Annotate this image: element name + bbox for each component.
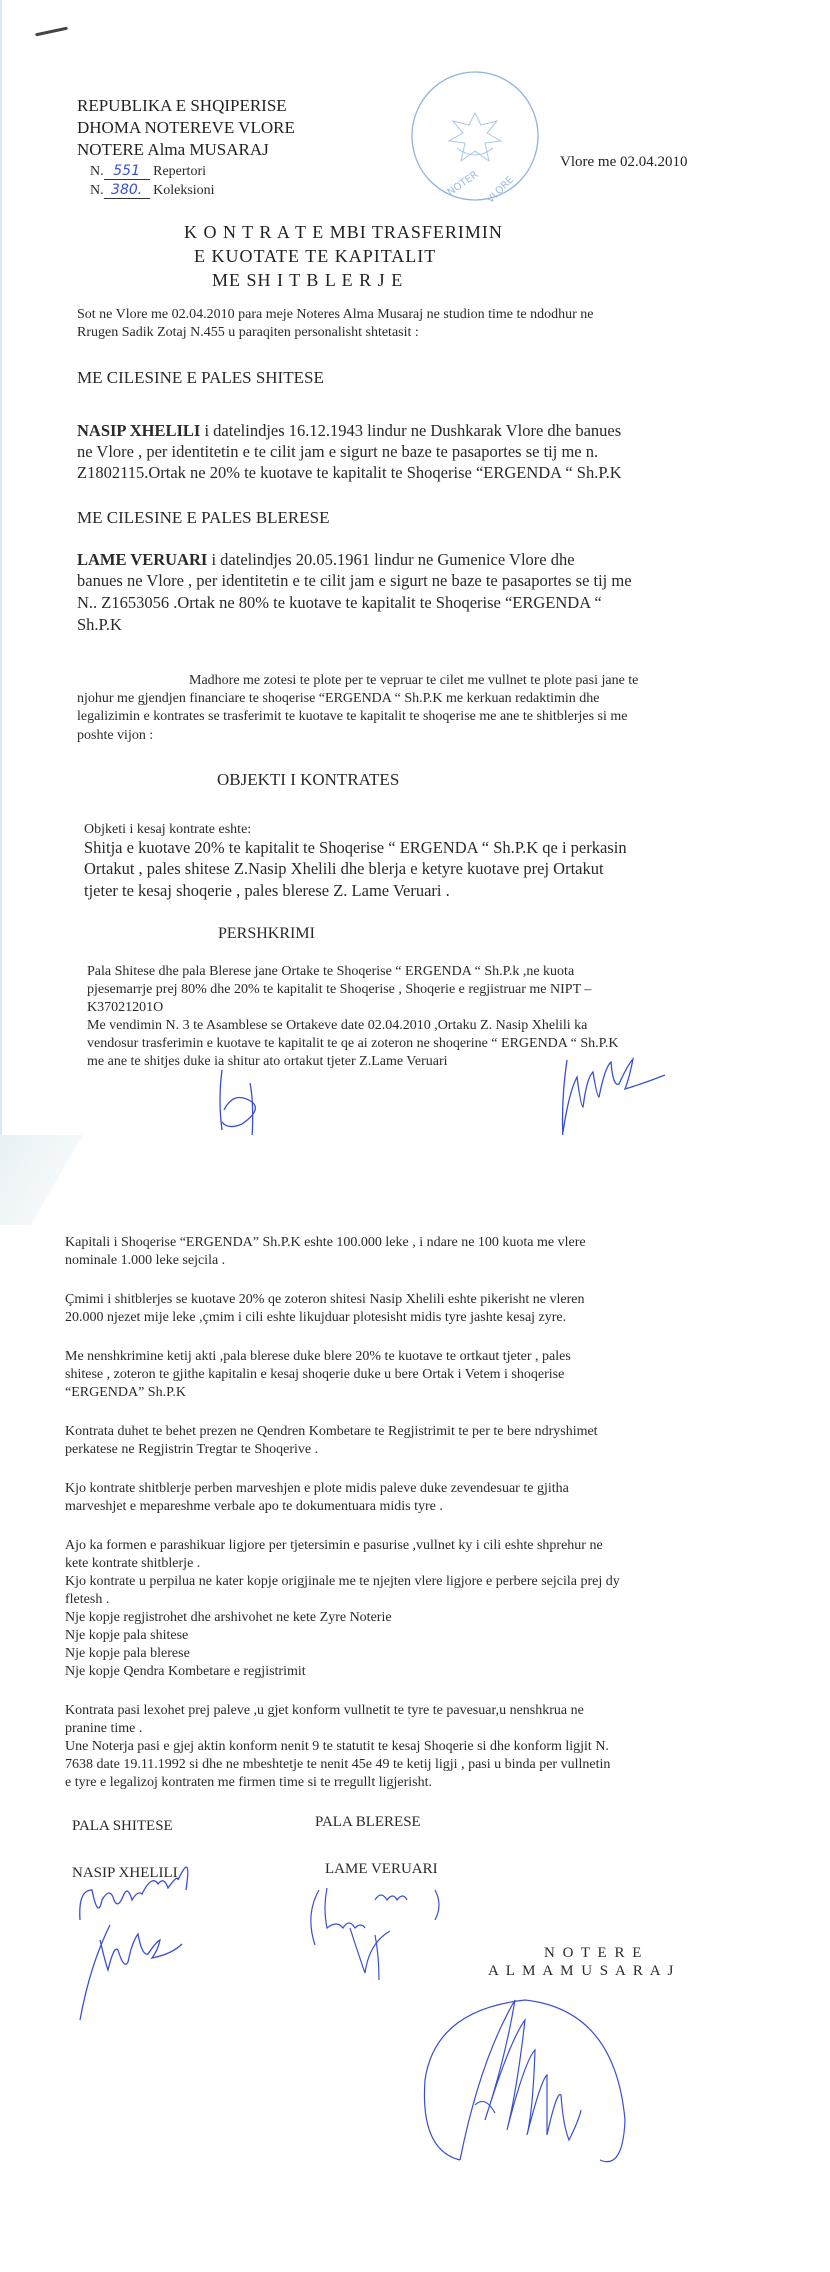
title-line-1: K O N T R A T E MBI TRASFERIMIN	[184, 222, 503, 243]
cmimi-line-2: 20.000 njezet mije leke ,çmim i cili esh…	[65, 1308, 566, 1327]
ajo-line-1: Ajo ka formen e parashikuar ligjore per …	[65, 1536, 603, 1555]
nenshkrimi-line-3: “ERGENDA” Sh.P.K	[65, 1383, 186, 1402]
intro-line-1: Sot ne Vlore me 02.04.2010 para meje Not…	[77, 305, 593, 324]
seller-signature-icon	[70, 1880, 220, 2025]
koleksioni-line: N.380. Koleksioni	[90, 182, 215, 199]
buyer-initials-icon	[557, 1050, 697, 1135]
copy-list-item: Nje kopje Qendra Kombetare e regjistrimi…	[65, 1662, 306, 1681]
pen-mark	[35, 27, 68, 37]
ajo-line-3: Kjo kontrate u perpilua ne kater kopje o…	[65, 1572, 620, 1591]
pershkrimi-line-5: vendosur trasferimin e kuotave te kapita…	[87, 1034, 618, 1053]
page-fold	[0, 1135, 130, 1225]
repertori-label: Repertori	[153, 164, 206, 179]
koleksioni-number: 380.	[104, 182, 150, 199]
madhore-line-1: Madhore me zotesi te plote per te veprua…	[189, 671, 638, 690]
lexohet-line-1: Kontrata pasi lexohet prej paleve ,u gje…	[65, 1701, 584, 1720]
objekti-line-3: tjeter te kesaj shoqerie , pales blerese…	[84, 880, 450, 902]
pershkrimi-line-2: pjesemarrje prej 80% dhe 20% te kapitali…	[87, 980, 591, 999]
buyer-sign-label: PALA BLERESE	[315, 1814, 421, 1831]
copy-list-item: Nje kopje pala blerese	[65, 1644, 190, 1663]
madhore-line-2: njohur me gjendjen financiare te shoqeri…	[77, 689, 600, 708]
notary-title: N O T E R E	[544, 1945, 643, 1962]
header-chamber: DHOMA NOTEREVE VLORE	[77, 117, 295, 139]
seller-heading: ME CILESINE E PALES SHITESE	[77, 368, 324, 388]
contract-page-1: REPUBLIKA E SHQIPERISE DHOMA NOTEREVE VL…	[0, 0, 830, 1135]
contract-page-2: Kapitali i Shoqerise “ERGENDA” Sh.P.K es…	[0, 1135, 830, 2272]
objekti-heading: OBJEKTI I KONTRATES	[217, 770, 399, 790]
pershkrimi-line-4: Me vendimin N. 3 te Asamblese se Ortakev…	[87, 1016, 587, 1035]
buyer-sign-name: LAME VERUARI	[325, 1861, 438, 1878]
buyer-line-4: Sh.P.K	[77, 614, 122, 636]
svg-text:VLORE: VLORE	[485, 174, 516, 205]
pershkrimi-line-1: Pala Shitese dhe pala Blerese jane Ortak…	[87, 962, 574, 981]
seller-initials-icon	[202, 1065, 292, 1145]
pershkrimi-line-3: K37021201O	[87, 998, 163, 1017]
buyer-line-2: banues ne Vlore , per identitetin e te c…	[77, 570, 632, 592]
nenshkrimi-line-2: shitese , zoteron te gjithe kapitalin e …	[65, 1365, 564, 1384]
objekti-line-1: Shitja e kuotave 20% te kapitalit te Sho…	[84, 837, 627, 859]
objekti-line-2: Ortakut , pales shitese Z.Nasip Xhelili …	[84, 858, 604, 880]
buyer-line-1-text: i datelindjes 20.05.1961 lindur ne Gumen…	[207, 550, 574, 569]
buyer-line-3: N.. Z1653056 .Ortak ne 80% te kuotave te…	[77, 592, 602, 614]
koleksioni-prefix: N.	[90, 183, 104, 198]
kontrata-line-1: Kontrata duhet te behet prezen ne Qendre…	[65, 1422, 598, 1441]
seller-line-3: Z1802115.Ortak ne 20% te kuotave te kapi…	[77, 462, 622, 484]
repertori-number: 551	[104, 163, 150, 180]
header-republic: REPUBLIKA E SHQIPERISE	[77, 95, 287, 117]
copy-list-item: Nje kopje pala shitese	[65, 1626, 188, 1645]
ajo-line-2: kete kontrate shitblerje .	[65, 1554, 200, 1573]
buyer-line-1: LAME VERUARI i datelindjes 20.05.1961 li…	[77, 549, 575, 571]
madhore-line-3: legalizimin e kontrates se trasferimit t…	[77, 707, 627, 726]
pershkrimi-heading: PERSHKRIMI	[218, 925, 315, 943]
seller-line-1: NASIP XHELILI i datelindjes 16.12.1943 l…	[77, 420, 621, 442]
header-notary: NOTERE Alma MUSARAJ	[77, 139, 269, 161]
cmimi-line-1: Çmimi i shitblerjes se kuotave 20% qe zo…	[65, 1290, 584, 1309]
notary-name: A L M A M U S A R A J	[488, 1963, 675, 1980]
seller-sign-label: PALA SHITESE	[72, 1818, 173, 1835]
kontrata-line-2: perkatese ne Regjistrin Tregtar te Shoqe…	[65, 1440, 318, 1459]
seller-line-1-text: i datelindjes 16.12.1943 lindur ne Dushk…	[200, 421, 621, 440]
nenshkrimi-line-1: Me nenshkrimine ketij akti ,pala blerese…	[65, 1347, 571, 1366]
repertori-line: N.551 Repertori	[90, 163, 206, 180]
lexohet-line-3: Une Noterja pasi e gjej aktin konform ne…	[65, 1737, 609, 1756]
notary-stamp-icon: NOTER VLORE	[407, 68, 547, 203]
kjo-line-2: marveshjet e mepareshme verbale apo te d…	[65, 1497, 443, 1516]
madhore-line-4: poshte vijon :	[77, 726, 153, 745]
koleksioni-label: Koleksioni	[153, 183, 214, 198]
seller-line-2: ne Vlore , per identitetin e te cilit ja…	[77, 441, 598, 463]
notary-signature-icon	[415, 1985, 645, 2185]
seller-name: NASIP XHELILI	[77, 421, 200, 440]
svg-text:NOTER: NOTER	[446, 169, 481, 198]
buyer-name: LAME VERUARI	[77, 550, 207, 569]
place-date: Vlore me 02.04.2010	[560, 151, 687, 173]
title-line-2: E KUOTATE TE KAPITALIT	[194, 246, 436, 267]
ajo-line-4: fletesh .	[65, 1590, 109, 1609]
copy-list-item: Nje kopje regjistrohet dhe arshivohet ne…	[65, 1608, 392, 1627]
kapitali-line-1: Kapitali i Shoqerise “ERGENDA” Sh.P.K es…	[65, 1233, 586, 1252]
kjo-line-1: Kjo kontrate shitblerje perben marveshje…	[65, 1479, 569, 1498]
buyer-signature-icon	[305, 1880, 455, 1990]
kapitali-line-2: nominale 1.000 leke sejcila .	[65, 1251, 225, 1270]
lexohet-line-5: e tyre e legalizoj kontraten me firmen t…	[65, 1773, 432, 1792]
repertori-prefix: N.	[90, 164, 104, 179]
lexohet-line-2: pranine time .	[65, 1719, 142, 1738]
title-line-3: ME SH I T B L E R J E	[212, 270, 403, 291]
intro-line-2: Rrugen Sadik Zotaj N.455 u paraqiten per…	[77, 323, 419, 342]
buyer-heading: ME CILESINE E PALES BLERESE	[77, 508, 330, 528]
lexohet-line-4: 7638 date 19.11.1992 si dhe ne mbeshtetj…	[65, 1755, 610, 1774]
